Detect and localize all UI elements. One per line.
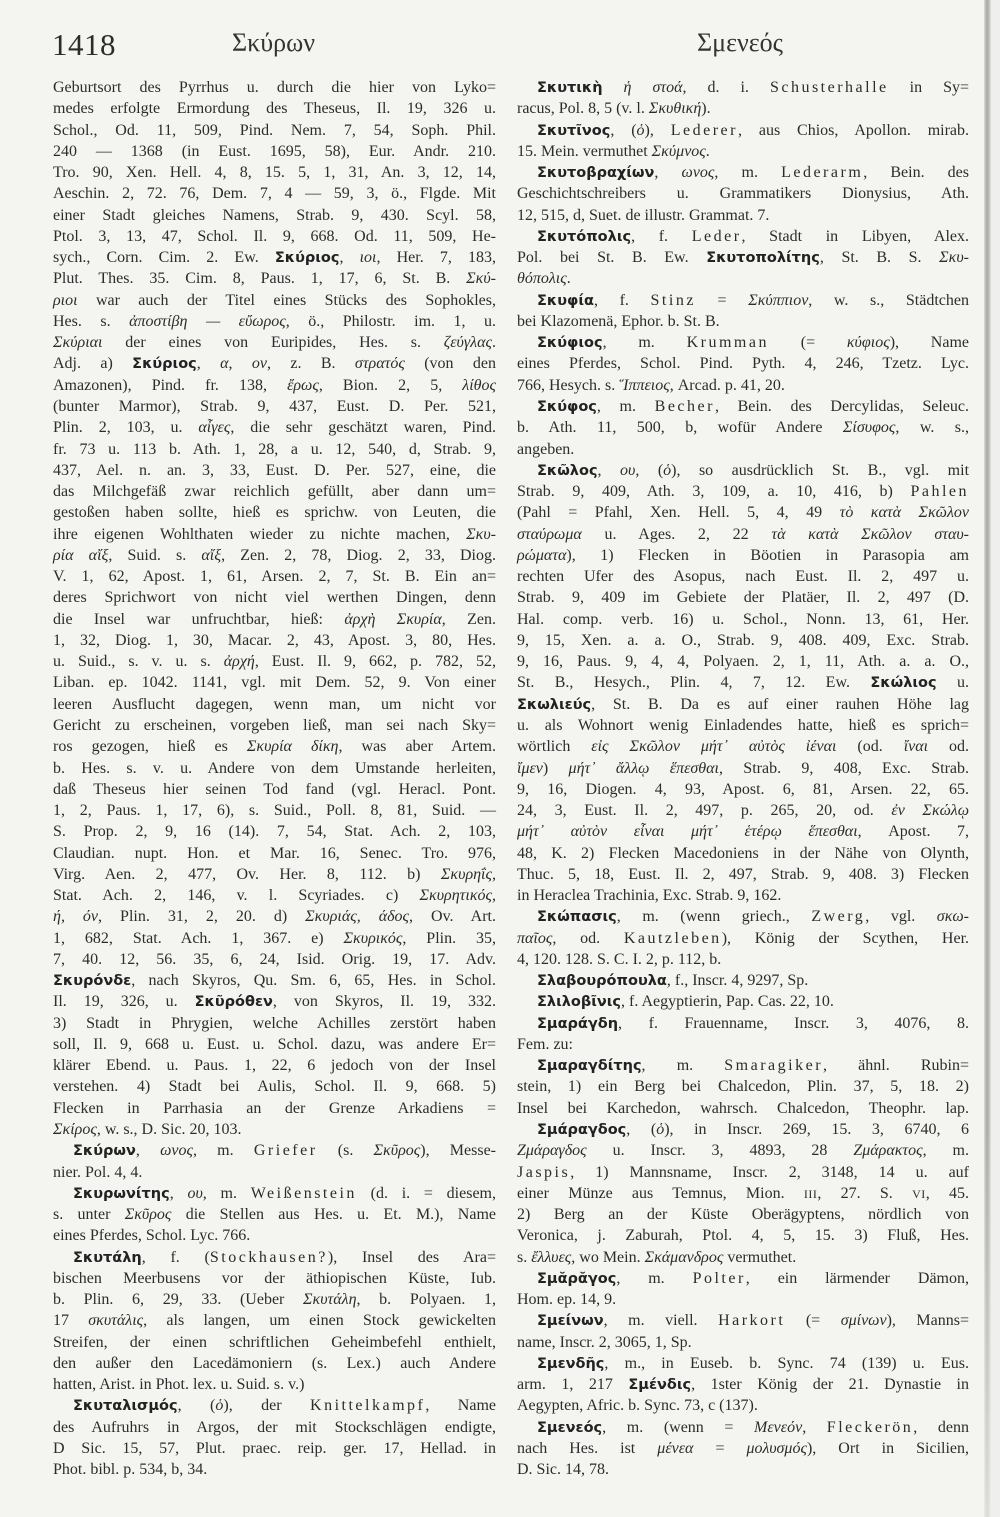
text-segment: 4, 120. 128. S. C. I. 2, p. 112, b.: [517, 951, 721, 968]
text-segment: , Eust. Il. 9, 662, p. 782, 52,: [255, 653, 496, 670]
text-line: bischen Meerbusens vor der äthiopischen …: [53, 1268, 496, 1289]
text-segment: , d. i.: [682, 79, 769, 96]
text-segment: ιοι: [360, 249, 377, 266]
text-segment: , Zen. 2, 78, Diog. 2, 33, Diog.: [221, 547, 496, 564]
text-segment: den außer den Lacedämoniern (s. Lex.) au…: [53, 1355, 496, 1372]
text-segment: Stat. Ach. 2, 146, v. l. Scyriades. c): [53, 887, 420, 904]
text-segment: τὰ κατὰ Σκῶλον σταυ-: [771, 526, 969, 543]
text-segment: , wo Mein.: [571, 1249, 644, 1266]
text-segment: b. Plin. 6, 29, 33. (Ueber: [53, 1291, 303, 1308]
text-line: D Sic. 15, 57, Plut. praec. reip. ger. 1…: [53, 1438, 496, 1459]
text-line: leeren Ausflucht dagegen, wenn man, um n…: [53, 694, 496, 715]
text-segment: , vgl.: [865, 908, 937, 925]
text-segment: Weißenstein: [251, 1185, 357, 1202]
text-line: gestoßen haben sollte, hieß es sprichw. …: [53, 502, 496, 523]
text-segment: das Milchgefäß zwar reichlich gefüllt, a…: [53, 483, 496, 500]
text-segment: ), Insel des Ara=: [328, 1249, 496, 1266]
text-line: 17 σκυτάλις, als langen, um einen Stock …: [53, 1310, 496, 1331]
text-segment: Σκυτοπολίτης: [706, 250, 820, 266]
text-line: soll, Il. 9, 668 u. Eust. u. Schol. dazu…: [53, 1034, 496, 1055]
text-segment: ), Name: [890, 334, 969, 351]
text-segment: Σκύριος: [132, 356, 197, 372]
text-line: Σλαβουρόπουλα, f., Inscr. 4, 9297, Sp.: [517, 970, 969, 991]
text-segment: St. B., Hesych., Plin. 4, 7, 12. Ew.: [517, 674, 870, 691]
text-segment: Hom. ep. 14, 9.: [517, 1291, 616, 1308]
text-segment: , w. s., Städtchen: [808, 292, 969, 309]
text-segment: 9, 15, Xen. a. a. O., Strab. 9, 408. 409…: [517, 632, 969, 649]
text-line: b. Hes. s. v. u. Andere von dem Umstande…: [53, 758, 496, 779]
text-segment: θόπολις: [517, 270, 567, 287]
text-line: fr. 73 u. 113 b. Ath. 1, 28, a u. 12, 54…: [53, 439, 496, 460]
text-line: 766, Hesych. s. Ἵππειος, Arcad. p. 41, 2…: [517, 375, 969, 396]
text-segment: ἀποστίβη — εὔωρος: [129, 313, 286, 330]
text-segment: Σκυφία: [537, 293, 594, 309]
text-segment: , Bion. 2, 5,: [319, 377, 462, 394]
text-segment: , m., in Euseb. b. Sync. 74 (139) u. Eus…: [604, 1355, 969, 1372]
text-line: Σκυταλισμός, (ὁ), der Knittelkampf, Name: [53, 1395, 496, 1416]
text-segment: [603, 79, 624, 96]
text-line: eines Pferdes, Schol. Pind. Pyth. 4, 246…: [517, 353, 969, 374]
text-line: 1, 2, Paus. 1, 17, 6), s. Suid., Poll. 8…: [53, 800, 496, 821]
text-segment: in Sy=: [889, 79, 969, 96]
text-segment: ,: [802, 1419, 827, 1436]
text-segment: Jaspis: [517, 1164, 570, 1181]
text-line: Σμείνων, m. viell. Harkort (= σμίνων), M…: [517, 1310, 969, 1331]
text-segment: , m.: [923, 1142, 969, 1159]
text-segment: D. Sic. 14, 78.: [517, 1461, 609, 1478]
text-line: 1, 682, Stat. Ach. 1, 367. e) Σκυρικός, …: [53, 928, 496, 949]
text-segment: στρατός: [355, 355, 405, 372]
text-segment: Σκυτόπολις: [537, 229, 631, 245]
text-segment: ,: [197, 355, 220, 372]
text-line: Geburtsort des Pyrrhus u. durch die hier…: [53, 77, 496, 98]
text-segment: Σκύφος: [537, 399, 597, 415]
text-segment: angeben.: [517, 441, 574, 458]
text-segment: ρία αἴξ: [53, 547, 108, 564]
text-line: ρώματα), 1) Flecken in Böotien in Paraso…: [517, 545, 969, 566]
text-segment: u.: [937, 674, 969, 691]
text-line: Σκώπασις, m. (wenn griech., Zwerg, vgl. …: [517, 906, 969, 927]
text-segment: Σκυ-: [939, 249, 969, 266]
text-segment: , 1ster König der 21. Dynastie in: [691, 1376, 969, 1393]
text-segment: , m.: [642, 1057, 725, 1074]
text-segment: Geburtsort des Pyrrhus u. durch die hier…: [53, 79, 496, 96]
text-segment: u. als Wohnort wenig Einladendes hatte, …: [517, 717, 969, 734]
text-line: Schol., Od. 11, 509, Pind. Nem. 7, 54, S…: [53, 120, 496, 141]
text-line: St. B., Hesych., Plin. 4, 7, 12. Ew. Σκώ…: [517, 672, 969, 693]
text-segment: Σκώλιος: [870, 675, 936, 691]
text-line: das Milchgefäß zwar reichlich gefüllt, a…: [53, 481, 496, 502]
text-line: 437, Ael. n. an. 3, 33, Eust. D. Per. 52…: [53, 460, 496, 481]
text-segment: Σκυρηΐς: [441, 866, 492, 883]
text-segment: Σμαράγδη: [537, 1016, 618, 1032]
page-number: 1418: [52, 29, 116, 60]
text-segment: (Pahl = Pfahl, Xen. Hell. 5, 4, 49: [517, 504, 840, 521]
text-line: ἴμεν) μήτ᾽ ἄλλῳ ἕπεσθαι, Strab. 9, 408, …: [517, 758, 969, 779]
text-segment: nier. Pol. 4, 4.: [53, 1164, 142, 1181]
text-line: Tro. 90, Xen. Hell. 4, 8, 15. 5, 1, 31, …: [53, 162, 496, 183]
right-running-headword: Σμενεός: [697, 30, 783, 56]
text-line: Σμάραγδος, (ὁ), in Inscr. 269, 15. 3, 67…: [517, 1119, 969, 1140]
text-line: Σκυτικὴ ἡ στοά, d. i. Schusterhalle in S…: [517, 77, 969, 98]
text-line: Σκυτῖνος, (ὁ), Lederer, aus Chios, Apoll…: [517, 120, 969, 141]
text-segment: , Name: [425, 1397, 496, 1414]
text-line: (bunter Marmor), Strab. 9, 437, Eust. D.…: [53, 396, 496, 417]
text-segment: Σκύριαι: [53, 334, 103, 351]
text-segment: (von den: [405, 355, 496, 372]
text-segment: Σκυθική: [649, 100, 701, 117]
scan-margin: [991, 0, 1000, 1517]
text-segment: μένεα: [657, 1440, 693, 1457]
text-segment: ), König der Scythen, Her.: [722, 930, 969, 947]
text-segment: Aeschin. 2, 72. 76, Dem. 7, 4 — 59, 3, ö…: [53, 185, 496, 202]
text-segment: 12, 515, d, Suet. de illustr. Grammat. 7…: [517, 207, 769, 224]
text-line: b. Plin. 6, 29, 33. (Ueber Σκυτάλη, b. P…: [53, 1289, 496, 1310]
text-segment: eines Pferdes, Schol. Pind. Pyth. 4, 246…: [517, 355, 969, 372]
text-segment: , die sehr geschätzt waren, Pind.: [230, 419, 496, 436]
text-segment: , (: [626, 1121, 656, 1138]
text-segment: , Suid. s.: [108, 547, 201, 564]
text-segment: , m.: [714, 164, 781, 181]
text-line: Claudian. nupt. Hon. et Mar. 16, Senec. …: [53, 843, 496, 864]
text-segment: Σκυτοβραχίων: [537, 165, 654, 181]
text-segment: ,: [492, 887, 496, 904]
text-segment: , Bein. des Dercylidas, Seleuc.: [715, 398, 969, 415]
text-line: Σκύφιος, m. Krumman (= κύφιος), Name: [517, 332, 969, 353]
text-segment: 766, Hesych. s.: [517, 377, 619, 394]
text-line: 4, 120. 128. S. C. I. 2, p. 112, b.: [517, 949, 969, 970]
text-segment: ζεύγλας: [444, 334, 492, 351]
text-line: 15. Mein. vermuthet Σκύμνος.: [517, 141, 969, 162]
text-line: θόπολις.: [517, 268, 969, 289]
text-segment: ἴναι: [904, 738, 928, 755]
text-line: Gericht zu erscheinen, vorgeben ließ, ma…: [53, 715, 496, 736]
text-segment: Thuc. 5, 18, Eust. Il. 2, 497, Strab. 9,…: [517, 866, 969, 883]
text-line: Σμενδῆς, m., in Euseb. b. Sync. 74 (139)…: [517, 1353, 969, 1374]
text-segment: σκυτάλις: [88, 1312, 143, 1329]
text-segment: Becher: [655, 398, 715, 415]
text-segment: , w. s.,: [895, 419, 969, 436]
text-segment: Σκυτάλη: [73, 1250, 142, 1266]
text-line: Σκύφος, m. Becher, Bein. des Dercylidas,…: [517, 396, 969, 417]
text-segment: , Her. 7, 183,: [376, 249, 496, 266]
text-line: Aeschin. 2, 72. 76, Dem. 7, 4 — 59, 3, ö…: [53, 183, 496, 204]
text-segment: Σκυριάς, άδος: [305, 908, 409, 925]
text-segment: Fem. zu:: [517, 1036, 573, 1053]
text-segment: Σίσυφος: [843, 419, 896, 436]
text-segment: , m. viell.: [604, 1312, 718, 1329]
text-segment: ωνος: [682, 164, 715, 181]
text-segment: Ἵππειος: [619, 377, 670, 394]
text-segment: 15. Mein. vermuthet: [517, 143, 652, 160]
text-segment: od.: [928, 738, 969, 755]
text-line: den außer den Lacedämoniern (s. Lex.) au…: [53, 1353, 496, 1374]
text-segment: Stinz: [651, 292, 696, 309]
text-segment: 7, 40. 12, 56. 35, 6, 24, Isid. Orig. 19…: [53, 951, 496, 968]
text-segment: παῖος: [517, 930, 552, 947]
text-segment: Σκυρητικός: [420, 887, 493, 904]
text-segment: Σκύριος: [275, 250, 340, 266]
text-segment: , f.: [594, 292, 651, 309]
text-line: Ptol. 3, 13, 47, Schol. Il. 9, 668. Od. …: [53, 226, 496, 247]
text-segment: (s.: [318, 1142, 374, 1159]
text-segment: ),: [645, 122, 671, 139]
text-segment: Σκυρία δίκη: [247, 738, 339, 755]
text-segment: , z. B.: [267, 355, 355, 372]
text-segment: Σκίρος: [53, 1121, 97, 1138]
text-segment: μήτ᾽ ἄλλῳ ἕπεσθαι: [569, 760, 719, 777]
text-line: Hom. ep. 14, 9.: [517, 1289, 969, 1310]
text-segment: (od.: [836, 738, 903, 755]
text-segment: Σλιλοβῖνις: [537, 994, 621, 1010]
text-segment: ,: [339, 249, 359, 266]
text-segment: 24, 3, Eust. Il. 2, 497, p. 265, 20, od.: [517, 802, 891, 819]
text-segment: , m.: [193, 1142, 254, 1159]
text-segment: ὁ: [656, 1121, 664, 1138]
text-line: Streifen, der einen schriftlichen Geheim…: [53, 1332, 496, 1353]
text-segment: μολυσμός: [747, 1440, 807, 1457]
text-segment: αἴξ: [201, 547, 221, 564]
text-segment: Σμάραγδος: [537, 1122, 626, 1138]
text-segment: , Stadt in Libyen, Alex.: [742, 228, 969, 245]
text-line: Σκύρων, ωνος, m. Griefer (s. Σκῦρος), Me…: [53, 1140, 496, 1161]
text-segment: Σκύππιον: [748, 292, 808, 309]
text-segment: Geschichtschreibers u. Grammatikers Dion…: [517, 185, 969, 202]
text-line: μήτ᾽ αὐτὸν εἶναι μήτ᾽ ἑτέρῳ ἕπεσθαι, Apo…: [517, 821, 969, 842]
text-segment: , m. (wenn =: [602, 1419, 754, 1436]
text-line: Σκυτοβραχίων, ωνος, m. Lederarm, Bein. d…: [517, 162, 969, 183]
text-segment: μήτ᾽ αὐτὸν εἶναι μήτ᾽ ἑτέρῳ ἕπεσθαι: [517, 823, 858, 840]
text-segment: 1, 2, Paus. 1, 17, 6), s. Suid., Poll. 8…: [53, 802, 496, 819]
text-segment: ωνος: [160, 1142, 193, 1159]
text-segment: Strab. 9, 409 im Gebiete der Platäer, Il…: [517, 589, 969, 606]
text-line: Flecken in Parrhasia an der Grenze Arkad…: [53, 1098, 496, 1119]
text-line: Plut. Thes. 35. Cim. 8, Paus. 1, 17, 6, …: [53, 268, 496, 289]
text-segment: u. Ages. 2, 22: [582, 526, 772, 543]
text-segment: .: [567, 270, 571, 287]
text-segment: Ζμάραγδος: [517, 1142, 587, 1159]
text-segment: ), Ort in Sicilien,: [807, 1440, 969, 1457]
text-segment: Σκῶλος: [537, 463, 598, 479]
text-line: sych., Corn. Cim. 2. Ew. Σκύριος, ιοι, H…: [53, 247, 496, 268]
text-segment: Σκυρικός: [344, 930, 403, 947]
text-line: Strab. 9, 409, Ath. 3, 109, a. 10, 416, …: [517, 481, 969, 502]
text-line: S. Prop. 2, 9, 16 (14). 7, 54, Stat. Ach…: [53, 821, 496, 842]
text-segment: (=: [769, 334, 847, 351]
text-segment: , od.: [552, 930, 623, 947]
text-segment: eines Pferdes, Schol. Lyc. 766.: [53, 1227, 250, 1244]
text-line: einer Stadt gleiches Namens, Strab. 9, 4…: [53, 205, 496, 226]
text-line: angeben.: [517, 439, 969, 460]
text-line: Σκῶλος, ου, (ὁ), so ausdrücklich St. B.,…: [517, 460, 969, 481]
text-line: stein, 1) ein Berg bei Chalcedon, Plin. …: [517, 1076, 969, 1097]
text-line: Σμαραγδίτης, m. Smaragiker, ähnl. Rubin=: [517, 1055, 969, 1076]
text-segment: einer Münze aus Temnus, Mion.: [517, 1185, 804, 1202]
text-line: hatten, Arist. in Phot. lex. u. Suid. s.…: [53, 1374, 496, 1395]
text-segment: b. Ath. 11, 500, b, wofür Andere: [517, 419, 843, 436]
text-segment: , f. Aegyptierin, Pap. Cas. 22, 10.: [621, 993, 834, 1010]
text-line: Fem. zu:: [517, 1034, 969, 1055]
text-line: Σκυτόπολις, f. Leder, Stadt in Libyen, A…: [517, 226, 969, 247]
text-line: Aegypten, Afric. b. Sync. 73, c (137).: [517, 1395, 969, 1416]
text-segment: Σκῦρος: [374, 1142, 421, 1159]
text-segment: Harkort: [718, 1312, 785, 1329]
text-segment: S. Prop. 2, 9, 16 (14). 7, 54, Stat. Ach…: [53, 823, 496, 840]
text-line: ριοι war auch der Titel eines Stücks des…: [53, 290, 496, 311]
text-line: Veronica, j. Zaburah, Ptol. 4, 5, 15. 3)…: [517, 1225, 969, 1246]
text-segment: ,: [170, 1185, 188, 1202]
text-line: b. Ath. 11, 500, b, wofür Andere Σίσυφος…: [517, 417, 969, 438]
text-segment: Amazonen), Pind. fr. 138,: [53, 377, 287, 394]
text-segment: Σμείνων: [537, 1313, 604, 1329]
text-segment: , b. Polyaen. 1,: [357, 1291, 496, 1308]
text-segment: , 45.: [926, 1185, 969, 1202]
text-segment: ή, όν: [53, 908, 98, 925]
text-segment: τὸ κατὰ Σκῶλον: [840, 504, 969, 521]
text-segment: 48, K. 2) Flecken Macedoniens in der Näh…: [517, 845, 969, 862]
text-segment: , f. (: [142, 1249, 210, 1266]
text-segment: ,: [492, 866, 496, 883]
text-segment: (=: [785, 1312, 840, 1329]
text-segment: , St. B. Da es auf einer rauhen Höhe lag: [591, 696, 969, 713]
text-segment: , Plin. 35,: [402, 930, 496, 947]
text-segment: Lederarm: [781, 164, 863, 181]
text-segment: , ö., Philostr. im. 1, u.: [286, 313, 496, 330]
text-segment: ου: [187, 1185, 202, 1202]
text-segment: klärer Ebend. u. Paus. 1, 22, 6 jedoch v…: [53, 1057, 496, 1074]
text-segment: , als langen, um einen Stock gewickelten: [143, 1312, 496, 1329]
text-segment: Σκυτῖνος: [537, 123, 610, 139]
text-segment: s.: [517, 1249, 531, 1266]
text-segment: Σκύρων: [73, 1143, 136, 1159]
text-segment: Lederer: [671, 122, 738, 139]
text-segment: Μενεόν: [754, 1419, 802, 1436]
text-segment: bischen Meerbusens vor der äthiopischen …: [53, 1270, 496, 1287]
text-line: Ζμάραγδος u. Inscr. 3, 4893, 28 Ζμάρακτο…: [517, 1140, 969, 1161]
text-segment: in Heraclea Trachinia, Exc. Strab. 9, 16…: [517, 887, 781, 904]
text-segment: gestoßen haben sollte, hieß es sprichw. …: [53, 504, 496, 521]
text-segment: ριοι: [53, 292, 78, 309]
text-segment: ρώματα: [517, 547, 566, 564]
text-line: ρία αἴξ, Suid. s. αἴξ, Zen. 2, 78, Diog.…: [53, 545, 496, 566]
text-segment: , Bein. des: [863, 164, 969, 181]
text-segment: ,: [654, 164, 681, 181]
text-line: Σλιλοβῖνις, f. Aegyptierin, Pap. Cas. 22…: [517, 991, 969, 1012]
text-line: u. Suid., s. v. u. s. ἀρχή, Eust. Il. 9,…: [53, 651, 496, 672]
text-segment: Veronica, j. Zaburah, Ptol. 4, 5, 15. 3)…: [517, 1227, 969, 1244]
text-line: 48, K. 2) Flecken Macedoniens in der Näh…: [517, 843, 969, 864]
text-line: eines Pferdes, Schol. Lyc. 766.: [53, 1225, 496, 1246]
left-text-column: Geburtsort des Pyrrhus u. durch die hier…: [53, 77, 496, 1481]
text-line: Σκωλιεύς, St. B. Da es auf einer rauhen …: [517, 694, 969, 715]
text-line: σταύρωμα u. Ages. 2, 22 τὰ κατὰ Σκῶλον σ…: [517, 524, 969, 545]
text-line: s. ἔλλυες, wo Mein. Σκάμανδρος vermuthet…: [517, 1247, 969, 1268]
text-segment: ), Messe-: [420, 1142, 496, 1159]
text-line: Adj. a) Σκύριος, α, ον, z. B. στρατός (v…: [53, 353, 496, 374]
text-segment: ὁ: [637, 122, 645, 139]
text-segment: Fleckerön: [827, 1419, 913, 1436]
text-line: Geschichtschreibers u. Grammatikers Dion…: [517, 183, 969, 204]
text-segment: , nach Skyros, Qu. Sm. 6, 65, Hes. in Sc…: [131, 972, 496, 989]
text-segment: 437, Ael. n. an. 3, 33, Eust. D. Per. 52…: [53, 462, 496, 479]
text-segment: .: [492, 334, 496, 351]
text-segment: ), Manns=: [887, 1312, 969, 1329]
text-segment: Ptol. 3, 13, 47, Schol. Il. 9, 668. Od. …: [53, 228, 496, 245]
text-segment: ,: [136, 1142, 160, 1159]
text-segment: Polter: [693, 1270, 746, 1287]
text-segment: =: [696, 292, 748, 309]
text-segment: rechten Ufer des Asopus, nach Eust. Il. …: [517, 568, 969, 585]
text-segment: Leder: [692, 228, 742, 245]
text-line: klärer Ebend. u. Paus. 1, 22, 6 jedoch v…: [53, 1055, 496, 1076]
text-segment: ου: [620, 462, 635, 479]
text-segment: κύφιος: [847, 334, 890, 351]
text-segment: σκω-: [937, 908, 969, 925]
text-segment: ὁ: [663, 462, 671, 479]
text-segment: ros gezogen, hieß es: [53, 738, 247, 755]
text-segment: Σκυτάλη: [303, 1291, 357, 1308]
text-segment: verstehen. 4) Stadt bei Aulis, Schol. Il…: [53, 1078, 496, 1095]
text-line: in Heraclea Trachinia, Exc. Strab. 9, 16…: [517, 885, 969, 906]
text-line: daß Theseus hier seinen Tod fand (vgl. H…: [53, 779, 496, 800]
text-segment: u. Inscr. 3, 4893, 28: [587, 1142, 854, 1159]
text-line: bei Klazomenä, Ephor. b. St. B.: [517, 311, 969, 332]
text-segment: Σκύ-: [466, 270, 496, 287]
text-segment: Tro. 90, Xen. Hell. 4, 8, 15. 5, 1, 31, …: [53, 164, 496, 181]
text-line: Il. 19, 326, u. Σκῦρόθεν, von Skyros, Il…: [53, 991, 496, 1012]
text-segment: Σκύμνος: [652, 143, 706, 160]
text-line: 24, 3, Eust. Il. 2, 497, p. 265, 20, od.…: [517, 800, 969, 821]
text-segment: Plut. Thes. 35. Cim. 8, Paus. 1, 17, 6, …: [53, 270, 466, 287]
text-segment: , m.: [616, 1270, 692, 1287]
text-line: Σκύριαι der eines von Euripides, Hes. s.…: [53, 332, 496, 353]
text-segment: ἀρχή: [224, 653, 255, 670]
text-line: Σμᾰρᾰγος, m. Polter, ein lärmender Dämon…: [517, 1268, 969, 1289]
text-segment: =: [693, 1440, 746, 1457]
text-line: Σμαράγδη, f. Frauenname, Inscr. 3, 4076,…: [517, 1013, 969, 1034]
text-segment: σμίνων: [841, 1312, 887, 1329]
text-segment: ον: [252, 355, 267, 372]
text-segment: ): [543, 760, 569, 777]
text-segment: Σμαραγδίτης: [537, 1058, 642, 1074]
text-segment: arm. 1, 217: [517, 1376, 628, 1393]
text-line: deres Sprichwort von nicht viel werthen …: [53, 587, 496, 608]
text-line: 9, 16, Paus. 9, 4, 4, Polyaen. 2, 1, 11,…: [517, 651, 969, 672]
text-line: 240 — 1368 (in Eust. 1695, 58), Eur. And…: [53, 141, 496, 162]
text-line: des Aufruhrs in Argos, der mit Stockschl…: [53, 1417, 496, 1438]
text-segment: ἐν Σκώλῳ: [891, 802, 969, 819]
text-segment: α: [220, 355, 228, 372]
text-segment: Kautzleben: [624, 930, 722, 947]
text-segment: Flecken in Parrhasia an der Grenze Arkad…: [53, 1100, 496, 1117]
text-segment: Streifen, der einen schriftlichen Geheim…: [53, 1334, 496, 1351]
text-line: einer Münze aus Temnus, Mion. III, 27. S…: [517, 1183, 969, 1204]
text-segment: racus, Pol. 8, 5 (v. l.: [517, 100, 649, 117]
text-segment: , f.: [631, 228, 692, 245]
text-segment: 3) Stadt in Phrygien, welche Achilles ze…: [53, 1015, 496, 1032]
text-line: Stat. Ach. 2, 146, v. l. Scyriades. c) Σ…: [53, 885, 496, 906]
text-segment: , ein lärmender Dämon,: [746, 1270, 969, 1287]
text-segment: , denn: [913, 1419, 969, 1436]
text-line: 1, 32, Diog. 1, 30, Macar. 2, 43, Apost.…: [53, 630, 496, 651]
text-segment: , ähnl. Rubin=: [823, 1057, 969, 1074]
text-segment: deres Sprichwort von nicht viel werthen …: [53, 589, 496, 606]
text-segment: Il. 19, 326, u.: [53, 993, 195, 1010]
text-segment: , (: [635, 462, 663, 479]
text-line: wörtlich εἰς Σκῶλον μήτ᾽ αὐτὸς ἰέναι (od…: [517, 736, 969, 757]
text-segment: Σκωλιεύς: [517, 697, 591, 713]
text-segment: ,: [598, 462, 620, 479]
